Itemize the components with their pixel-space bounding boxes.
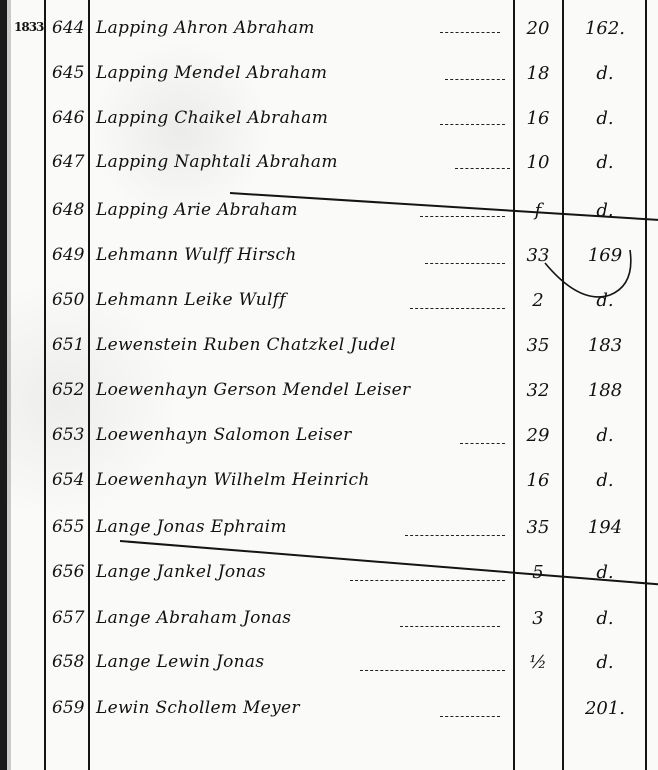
entry-name: Lange Jankel Jonas xyxy=(96,562,266,582)
entry-name: Lapping Mendel Abraham xyxy=(96,63,327,83)
filler-dashes xyxy=(445,79,505,81)
filler-dashes xyxy=(405,535,505,537)
entry-reference: d. xyxy=(570,108,640,129)
filler-dashes xyxy=(360,670,505,672)
entry-reference: 201. xyxy=(570,698,640,719)
entry-reference: 188 xyxy=(570,380,640,401)
filler-dashes xyxy=(440,716,500,718)
entry-reference: d. xyxy=(570,562,640,583)
register-row: 657 Lange Abraham Jonas 3 d. xyxy=(0,608,658,648)
entry-name: Lange Jonas Ephraim xyxy=(96,517,287,537)
register-row: 652 Loewenhayn Gerson Mendel Leiser 32 1… xyxy=(0,380,658,420)
entry-age: 29 xyxy=(518,425,558,446)
entry-name: Lewenstein Ruben Chatzkel Judel xyxy=(96,335,396,355)
register-row: 645 Lapping Mendel Abraham 18 d. xyxy=(0,63,658,103)
register-row: 648 Lapping Arie Abraham f d. xyxy=(0,200,658,240)
register-row: 655 Lange Jonas Ephraim 35 194 xyxy=(0,517,658,557)
register-row: 647 Lapping Naphtali Abraham 10 d. xyxy=(0,152,658,192)
entry-number: 648 xyxy=(52,200,84,220)
register-page: 1833 644 Lapping Ahron Abraham 20 162. 6… xyxy=(0,0,658,770)
entry-name: Lapping Chaikel Abraham xyxy=(96,108,328,128)
entry-reference: d. xyxy=(570,425,640,446)
register-row: 644 Lapping Ahron Abraham 20 162. xyxy=(0,18,658,58)
entry-reference: d. xyxy=(570,290,640,311)
entry-age: 18 xyxy=(518,63,558,84)
entry-reference: d. xyxy=(570,63,640,84)
filler-dashes xyxy=(425,263,505,265)
entry-age: 35 xyxy=(518,335,558,356)
entry-reference: d. xyxy=(570,652,640,673)
entry-age: ½ xyxy=(518,652,558,673)
entry-name: Lehmann Wulff Hirsch xyxy=(96,245,297,265)
entry-name: Loewenhayn Gerson Mendel Leiser xyxy=(96,380,410,400)
entry-number: 649 xyxy=(52,245,84,265)
entry-number: 653 xyxy=(52,425,84,445)
entry-name: Loewenhayn Wilhelm Heinrich xyxy=(96,470,370,490)
entry-age: 2 xyxy=(518,290,558,311)
entry-age: 20 xyxy=(518,18,558,39)
filler-dashes xyxy=(350,580,505,582)
filler-dashes xyxy=(440,124,505,126)
register-row: 659 Lewin Schollem Meyer 201. xyxy=(0,698,658,738)
entry-reference: d. xyxy=(570,608,640,629)
filler-dashes xyxy=(400,626,500,628)
entry-number: 657 xyxy=(52,608,84,628)
entry-number: 645 xyxy=(52,63,84,83)
entry-name: Lange Abraham Jonas xyxy=(96,608,291,628)
entry-name: Lehmann Leike Wulff xyxy=(96,290,286,310)
entry-number: 647 xyxy=(52,152,84,172)
entry-name: Lange Lewin Jonas xyxy=(96,652,264,672)
filler-dashes xyxy=(440,32,500,34)
filler-dashes xyxy=(410,308,505,310)
entry-number: 652 xyxy=(52,380,84,400)
entry-name: Lapping Arie Abraham xyxy=(96,200,298,220)
filler-dashes xyxy=(420,216,505,218)
entry-age: 16 xyxy=(518,470,558,491)
entry-reference: 183 xyxy=(570,335,640,356)
entry-number: 655 xyxy=(52,517,84,537)
entry-name: Lapping Naphtali Abraham xyxy=(96,152,338,172)
entry-reference: 162. xyxy=(570,18,640,39)
register-row: 653 Loewenhayn Salomon Leiser 29 d. xyxy=(0,425,658,465)
entry-name: Loewenhayn Salomon Leiser xyxy=(96,425,352,445)
filler-dashes xyxy=(460,443,505,445)
entry-age: 32 xyxy=(518,380,558,401)
entry-number: 650 xyxy=(52,290,84,310)
entry-age: 3 xyxy=(518,608,558,629)
entry-reference: d. xyxy=(570,152,640,173)
filler-dashes xyxy=(455,168,510,170)
entry-number: 658 xyxy=(52,652,84,672)
register-row: 656 Lange Jankel Jonas 5 d. xyxy=(0,562,658,602)
register-row: 651 Lewenstein Ruben Chatzkel Judel 35 1… xyxy=(0,335,658,375)
register-row: 650 Lehmann Leike Wulff 2 d. xyxy=(0,290,658,330)
entry-number: 656 xyxy=(52,562,84,582)
entry-age: 35 xyxy=(518,517,558,538)
entry-age: 16 xyxy=(518,108,558,129)
register-row: 646 Lapping Chaikel Abraham 16 d. xyxy=(0,108,658,148)
entry-number: 651 xyxy=(52,335,84,355)
entry-age: 10 xyxy=(518,152,558,173)
entry-number: 659 xyxy=(52,698,84,718)
entry-name: Lewin Schollem Meyer xyxy=(96,698,300,718)
register-row: 658 Lange Lewin Jonas ½ d. xyxy=(0,652,658,692)
entry-number: 654 xyxy=(52,470,84,490)
register-row: 654 Loewenhayn Wilhelm Heinrich 16 d. xyxy=(0,470,658,510)
entry-number: 644 xyxy=(52,18,84,38)
entry-age: 5 xyxy=(518,562,558,583)
entry-number: 646 xyxy=(52,108,84,128)
entry-name: Lapping Ahron Abraham xyxy=(96,18,315,38)
entry-reference: d. xyxy=(570,470,640,491)
entry-reference: 194 xyxy=(570,517,640,538)
